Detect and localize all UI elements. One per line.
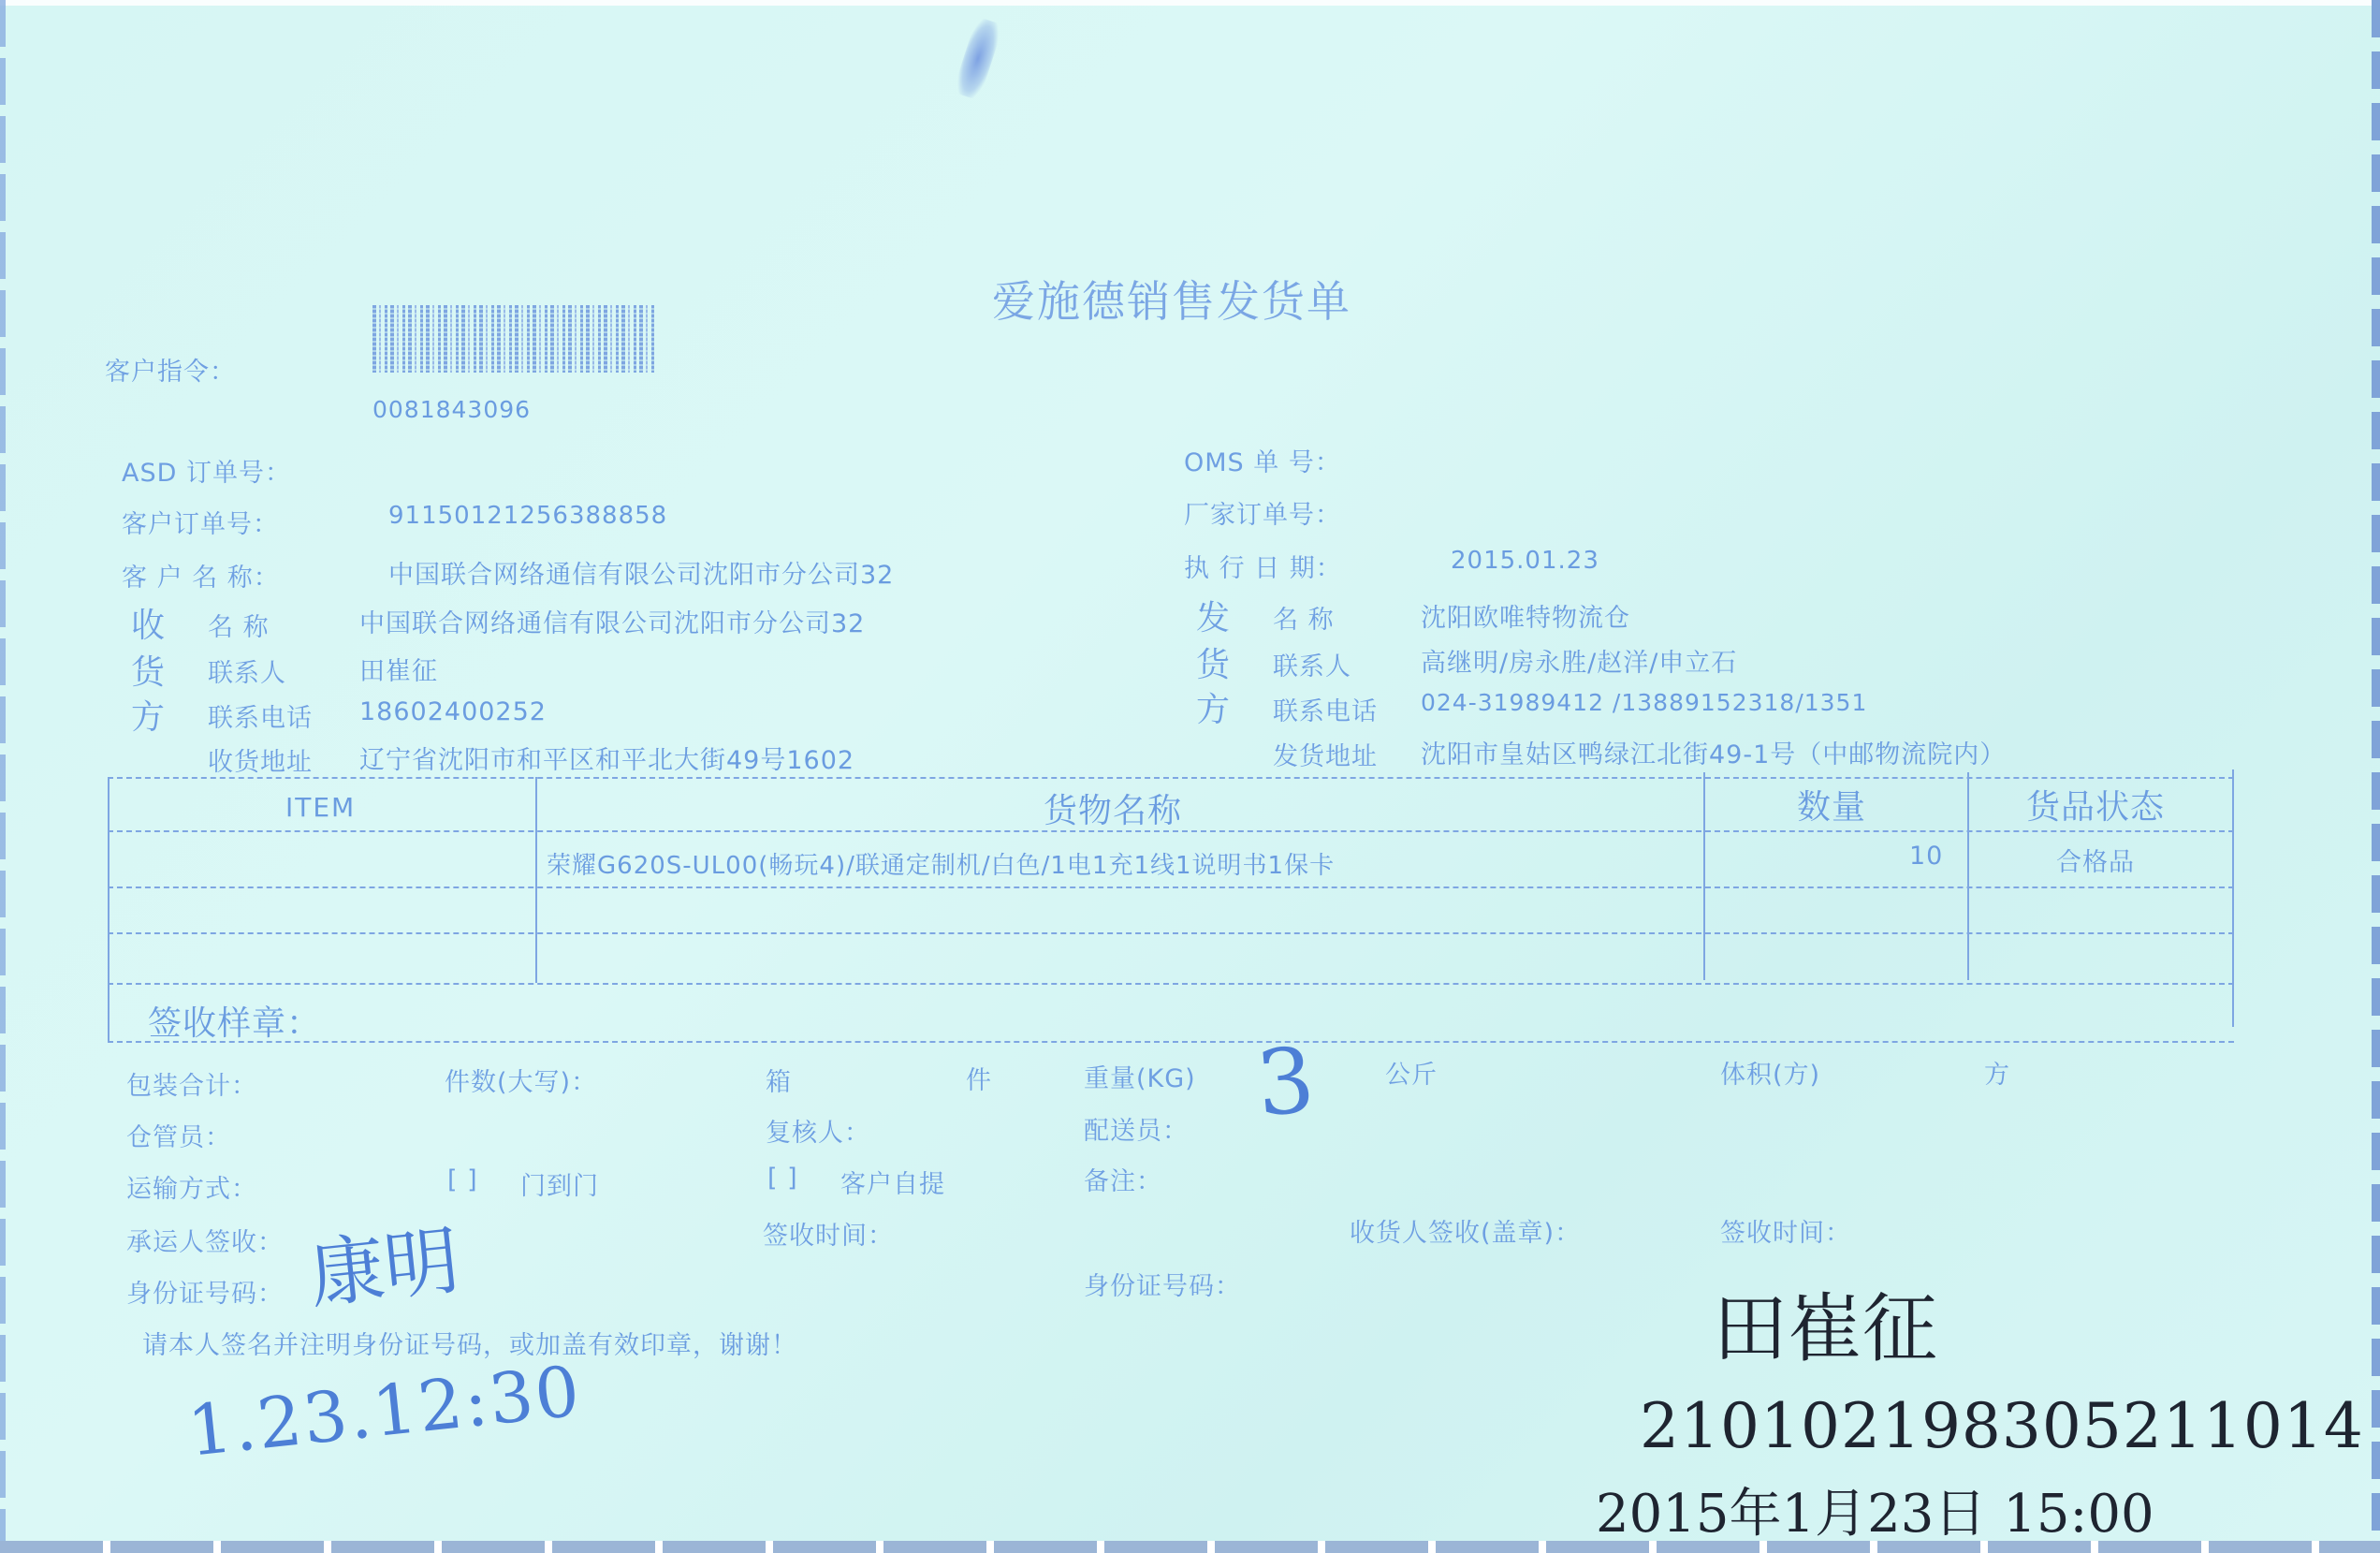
receiver-address-value: 辽宁省沈阳市和平区和平北大街49号1602 xyxy=(359,740,854,776)
shipper-side-char-3: 方 xyxy=(1196,683,1231,731)
id-number-label-left: 身份证号码： xyxy=(126,1273,284,1310)
carrier-sign-time-label: 签收时间： xyxy=(763,1215,894,1252)
package-total-label: 包装合计： xyxy=(126,1065,257,1102)
col-header-goods-status: 货品状态 xyxy=(2026,781,2165,828)
warehouse-keeper-label: 仓管员： xyxy=(126,1117,231,1153)
receiver-sign-label: 收货人签收(盖章)： xyxy=(1350,1212,1581,1249)
id-number-label-right: 身份证号码： xyxy=(1084,1266,1241,1302)
shipper-side-char-2: 货 xyxy=(1196,638,1231,686)
table-row-border xyxy=(108,932,2234,934)
receiver-contact-label: 联系人 xyxy=(208,652,286,689)
shipper-contact-value: 高继明/房永胜/赵洋/申立石 xyxy=(1421,642,1737,679)
right-perforation xyxy=(2372,0,2380,1553)
kg-unit: 公斤 xyxy=(1385,1054,1438,1091)
paper-top-edge xyxy=(0,0,2380,6)
table-col-divider xyxy=(1703,772,1705,980)
row-goods-name: 荣耀G620S-UL00(畅玩4)/联通定制机/白色/1电1充1线1说明书1保卡 xyxy=(547,846,1335,881)
barcode-icon xyxy=(372,305,655,373)
asd-order-label: ASD 订单号： xyxy=(122,452,291,489)
self-pickup-label: 客户自提 xyxy=(840,1164,945,1200)
volume-unit: 方 xyxy=(1984,1054,2010,1091)
document-title: 爱施德销售发货单 xyxy=(992,268,1351,330)
receiver-handwritten-id: 210102198305211014 xyxy=(1640,1390,2364,1462)
shipper-address-value: 沈阳市皇姑区鸭绿江北街49-1号（中邮物流院内） xyxy=(1421,734,2006,770)
receiver-address-label: 收货地址 xyxy=(208,741,313,778)
table-row-border xyxy=(108,983,2234,985)
col-header-quantity: 数量 xyxy=(1797,781,1866,828)
table-left-border xyxy=(108,777,110,1041)
table-bottom-border xyxy=(108,1041,2234,1043)
shipper-phone-value: 024-31989412 /13889152318/1351 xyxy=(1421,689,1867,716)
shipper-name-label: 名 称 xyxy=(1273,599,1335,636)
shipper-address-label: 发货地址 xyxy=(1273,736,1378,772)
table-top-border xyxy=(108,777,2234,779)
receiver-name-value: 中国联合网络通信有限公司沈阳市分公司32 xyxy=(359,603,865,639)
receiver-contact-value: 田崔征 xyxy=(359,651,438,687)
receiver-handwritten-datetime: 2015年1月23日 15:00 xyxy=(1596,1472,2154,1547)
customer-name-label: 客 户 名 称： xyxy=(122,557,280,593)
door-to-door-label: 门到门 xyxy=(520,1165,599,1202)
transport-label: 运输方式： xyxy=(126,1168,257,1205)
piece-label: 件 xyxy=(966,1060,992,1096)
receiver-sign-time-label: 签收时间： xyxy=(1720,1212,1851,1249)
table-row-border xyxy=(108,886,2234,888)
shipper-contact-label: 联系人 xyxy=(1273,646,1351,682)
receiver-side-char-3: 方 xyxy=(131,691,166,739)
table-col-divider xyxy=(535,777,537,983)
door-to-door-checkbox[interactable]: [ ] xyxy=(447,1165,478,1194)
carrier-signature: 康明 xyxy=(303,1200,463,1323)
oms-label: OMS 单 号： xyxy=(1184,442,1341,478)
customer-order-label: 客户订单号： xyxy=(122,504,279,540)
carrier-sign-label: 承运人签收： xyxy=(126,1222,284,1258)
col-header-item: ITEM xyxy=(285,792,356,823)
volume-label: 体积(方) xyxy=(1720,1054,1820,1091)
customer-instruction-label: 客户指令： xyxy=(105,351,236,388)
table-col-divider xyxy=(1967,772,1969,980)
shipper-name-value: 沈阳欧唯特物流仓 xyxy=(1421,597,1630,634)
receiver-side-char-2: 货 xyxy=(131,646,166,694)
receiver-name-label: 名 称 xyxy=(208,607,270,643)
customer-order-value: 91150121256388858 xyxy=(388,502,667,530)
remarks-label: 备注： xyxy=(1084,1161,1162,1197)
shipper-phone-label: 联系电话 xyxy=(1273,691,1378,727)
exec-date-value: 2015.01.23 xyxy=(1451,547,1599,575)
reviewer-label: 复核人： xyxy=(766,1112,870,1149)
customer-name-value: 中国联合网络通信有限公司沈阳市分公司32 xyxy=(388,554,894,591)
row-quantity: 10 xyxy=(1909,842,1943,871)
receiver-signature: 田崔征 xyxy=(1713,1268,1937,1376)
col-header-goods-name: 货物名称 xyxy=(1044,784,1182,832)
pieces-label: 件数(大写)： xyxy=(445,1062,597,1098)
shipper-side-char-1: 发 xyxy=(1196,592,1231,639)
sign-stamp-label: 签收样章： xyxy=(148,997,321,1045)
left-perforation xyxy=(0,0,6,1553)
self-pickup-checkbox[interactable]: [ ] xyxy=(767,1164,798,1193)
table-right-border xyxy=(2232,769,2234,1027)
barcode-number: 0081843096 xyxy=(372,396,531,423)
receiver-phone-label: 联系电话 xyxy=(208,697,313,734)
weight-handwritten: 3 xyxy=(1252,1028,1319,1137)
deliverer-label: 配送员： xyxy=(1084,1110,1189,1147)
box-label: 箱 xyxy=(766,1062,792,1098)
factory-order-label: 厂家订单号： xyxy=(1184,494,1341,531)
signature-notice: 请本人签名并注明身份证号码，或加盖有效印章，谢谢！ xyxy=(142,1325,797,1361)
exec-date-label: 执 行 日 期： xyxy=(1184,548,1342,584)
weight-label: 重量(KG) xyxy=(1084,1058,1196,1094)
row-goods-status: 合格品 xyxy=(2056,842,2135,878)
receiver-phone-value: 18602400252 xyxy=(359,697,547,726)
receiver-side-char-1: 收 xyxy=(131,599,166,647)
